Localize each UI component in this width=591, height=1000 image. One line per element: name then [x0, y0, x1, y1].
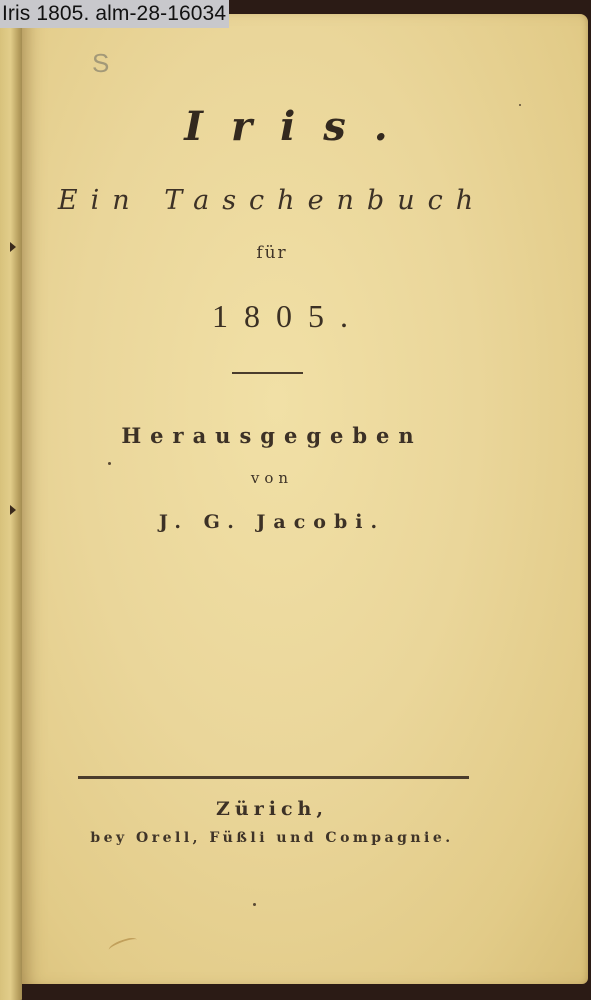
paper-speck — [519, 104, 521, 106]
editor-name: J. G. Jacobi. — [22, 511, 522, 533]
publication-place: Zürich, — [22, 798, 522, 820]
catalog-label-text: Iris 1805. alm-28-16034 — [2, 2, 226, 26]
page-bottom-shadow — [22, 984, 588, 1000]
for-word: für — [22, 243, 522, 263]
stamp-mark: S — [92, 48, 109, 79]
book-subtitle: Ein Taschenbuch — [22, 185, 522, 216]
page-edge-notch — [10, 505, 16, 515]
by-word: von — [22, 469, 522, 487]
paper-speck — [108, 462, 111, 465]
paper-speck — [253, 903, 256, 906]
edited-by-label: Herausgegeben — [22, 423, 522, 448]
scanned-book-scene: Iris 1805. alm-28-16034 S Iris. Ein Tasc… — [0, 0, 591, 1000]
publication-year: 1805. — [22, 298, 538, 335]
long-divider-rule — [78, 776, 469, 779]
catalog-label: Iris 1805. alm-28-16034 — [0, 0, 229, 28]
short-divider-rule — [232, 372, 303, 374]
book-title: Iris. — [22, 103, 550, 150]
publisher-imprint: bey Orell, Füßli und Compagnie. — [22, 830, 522, 846]
page-edge-notch — [10, 242, 16, 252]
